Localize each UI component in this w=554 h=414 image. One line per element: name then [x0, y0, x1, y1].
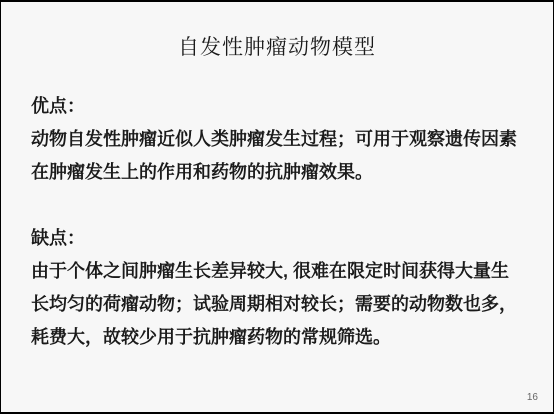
advantages-section: 优点： 动物自发性肿瘤近似人类肿瘤发生过程；可用于观察遗传因素 在肿瘤发生上的作… [31, 90, 531, 189]
disadvantages-section: 缺点： 由于个体之间肿瘤生长差异较大, 很难在限定时间获得大量生 长均匀的荷瘤动… [31, 222, 531, 354]
slide-body: 优点： 动物自发性肿瘤近似人类肿瘤发生过程；可用于观察遗传因素 在肿瘤发生上的作… [31, 90, 531, 354]
disadvantages-line-1: 由于个体之间肿瘤生长差异较大, 很难在限定时间获得大量生 [31, 255, 531, 288]
advantages-line-2: 在肿瘤发生上的作用和药物的抗肿瘤效果。 [31, 156, 531, 189]
page-number: 16 [527, 393, 538, 403]
advantages-line-1: 动物自发性肿瘤近似人类肿瘤发生过程；可用于观察遗传因素 [31, 123, 531, 156]
disadvantages-line-2: 长均匀的荷瘤动物；试验周期相对较长；需要的动物数也多， [31, 288, 531, 321]
disadvantages-line-3: 耗费大，故较少用于抗肿瘤药物的常规筛选。 [31, 321, 531, 354]
disadvantages-heading: 缺点： [31, 222, 531, 255]
slide: 自发性肿瘤动物模型 优点： 动物自发性肿瘤近似人类肿瘤发生过程；可用于观察遗传因… [0, 0, 554, 414]
advantages-heading: 优点： [31, 90, 531, 123]
slide-title: 自发性肿瘤动物模型 [1, 37, 553, 58]
